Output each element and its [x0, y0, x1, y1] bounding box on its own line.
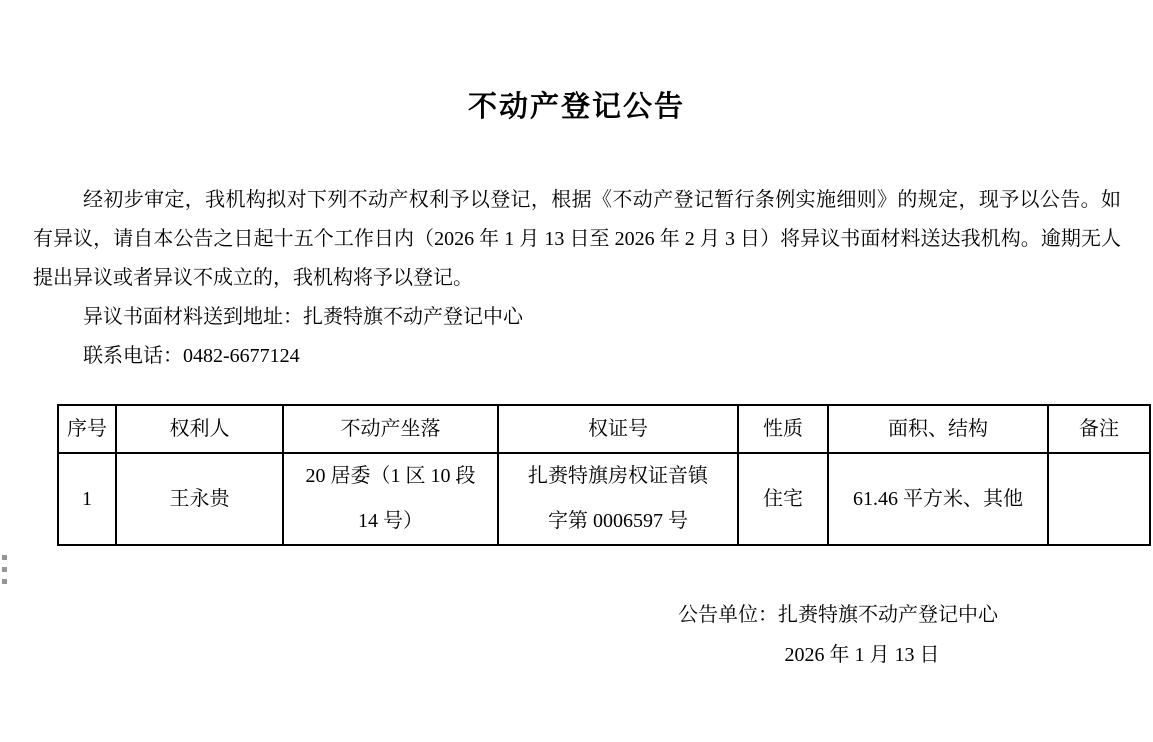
announcement-body: 经初步审定，我机构拟对下列不动产权利予以登记，根据《不动产登记暂行条例实施细则》… — [33, 181, 1121, 376]
cell-location: 20 居委（1 区 10 段 14 号） — [283, 453, 498, 545]
cell-remark — [1048, 453, 1150, 545]
header-certificate-no: 权证号 — [498, 405, 738, 453]
address-line: 异议书面材料送到地址：扎赉特旗不动产登记中心 — [33, 298, 1121, 337]
footer-date: 2026 年 1 月 13 日 — [552, 635, 1153, 675]
edge-artifact-dot-2 — [2, 567, 7, 572]
phone-line: 联系电话：0482-6677124 — [33, 337, 1121, 376]
footer-issuer: 公告单位：扎赉特旗不动产登记中心 — [528, 595, 1148, 635]
edge-artifact-dot-3 — [2, 579, 7, 584]
announcement-paragraph: 经初步审定，我机构拟对下列不动产权利予以登记，根据《不动产登记暂行条例实施细则》… — [33, 181, 1121, 298]
edge-artifact-dot-1 — [2, 555, 7, 560]
cell-area-structure: 61.46 平方米、其他 — [828, 453, 1048, 545]
header-area-structure: 面积、结构 — [828, 405, 1048, 453]
header-location: 不动产坐落 — [283, 405, 498, 453]
cell-seq: 1 — [58, 453, 116, 545]
table-header-row: 序号 权利人 不动产坐落 权证号 性质 面积、结构 备注 — [58, 405, 1150, 453]
announcement-page: 不动产登记公告 经初步审定，我机构拟对下列不动产权利予以登记，根据《不动产登记暂… — [0, 0, 1153, 742]
table-row: 1 王永贵 20 居委（1 区 10 段 14 号） 扎赉特旗房权证音镇 字第 … — [58, 453, 1150, 545]
cell-nature: 住宅 — [738, 453, 828, 545]
registration-table: 序号 权利人 不动产坐落 权证号 性质 面积、结构 备注 1 王永贵 20 居委… — [57, 404, 1151, 546]
header-nature: 性质 — [738, 405, 828, 453]
header-seq: 序号 — [58, 405, 116, 453]
page-title: 不动产登记公告 — [0, 0, 1153, 124]
footer-block: 公告单位：扎赉特旗不动产登记中心 2026 年 1 月 13 日 — [528, 595, 1148, 675]
header-holder: 权利人 — [116, 405, 283, 453]
header-remark: 备注 — [1048, 405, 1150, 453]
cell-certificate-no: 扎赉特旗房权证音镇 字第 0006597 号 — [498, 453, 738, 545]
cell-holder: 王永贵 — [116, 453, 283, 545]
